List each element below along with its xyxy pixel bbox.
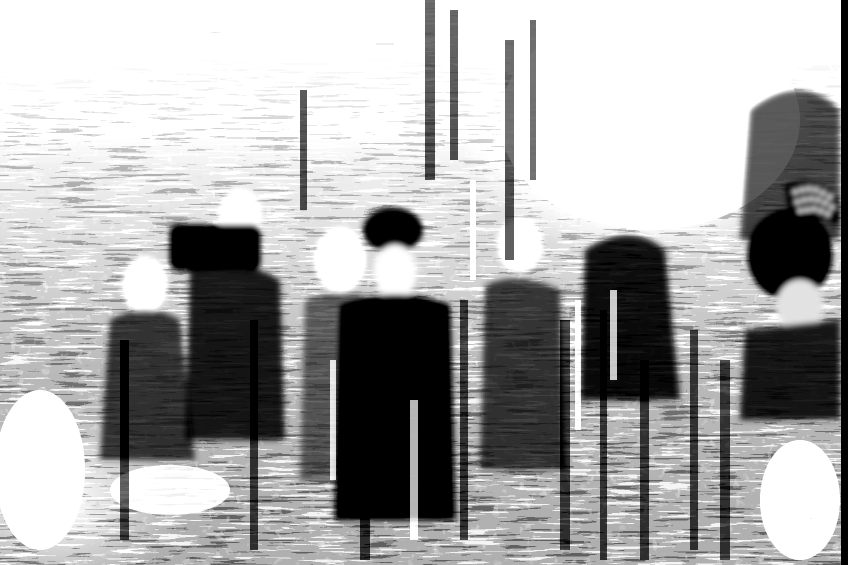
person-right — [580, 235, 680, 400]
film-edge-border — [841, 0, 848, 565]
person-far-right — [740, 90, 840, 420]
person-left — [100, 257, 195, 460]
person-center-right — [480, 217, 565, 470]
figures — [0, 0, 848, 565]
person-with-camera — [170, 189, 285, 440]
degraded-group-photograph — [0, 0, 848, 565]
